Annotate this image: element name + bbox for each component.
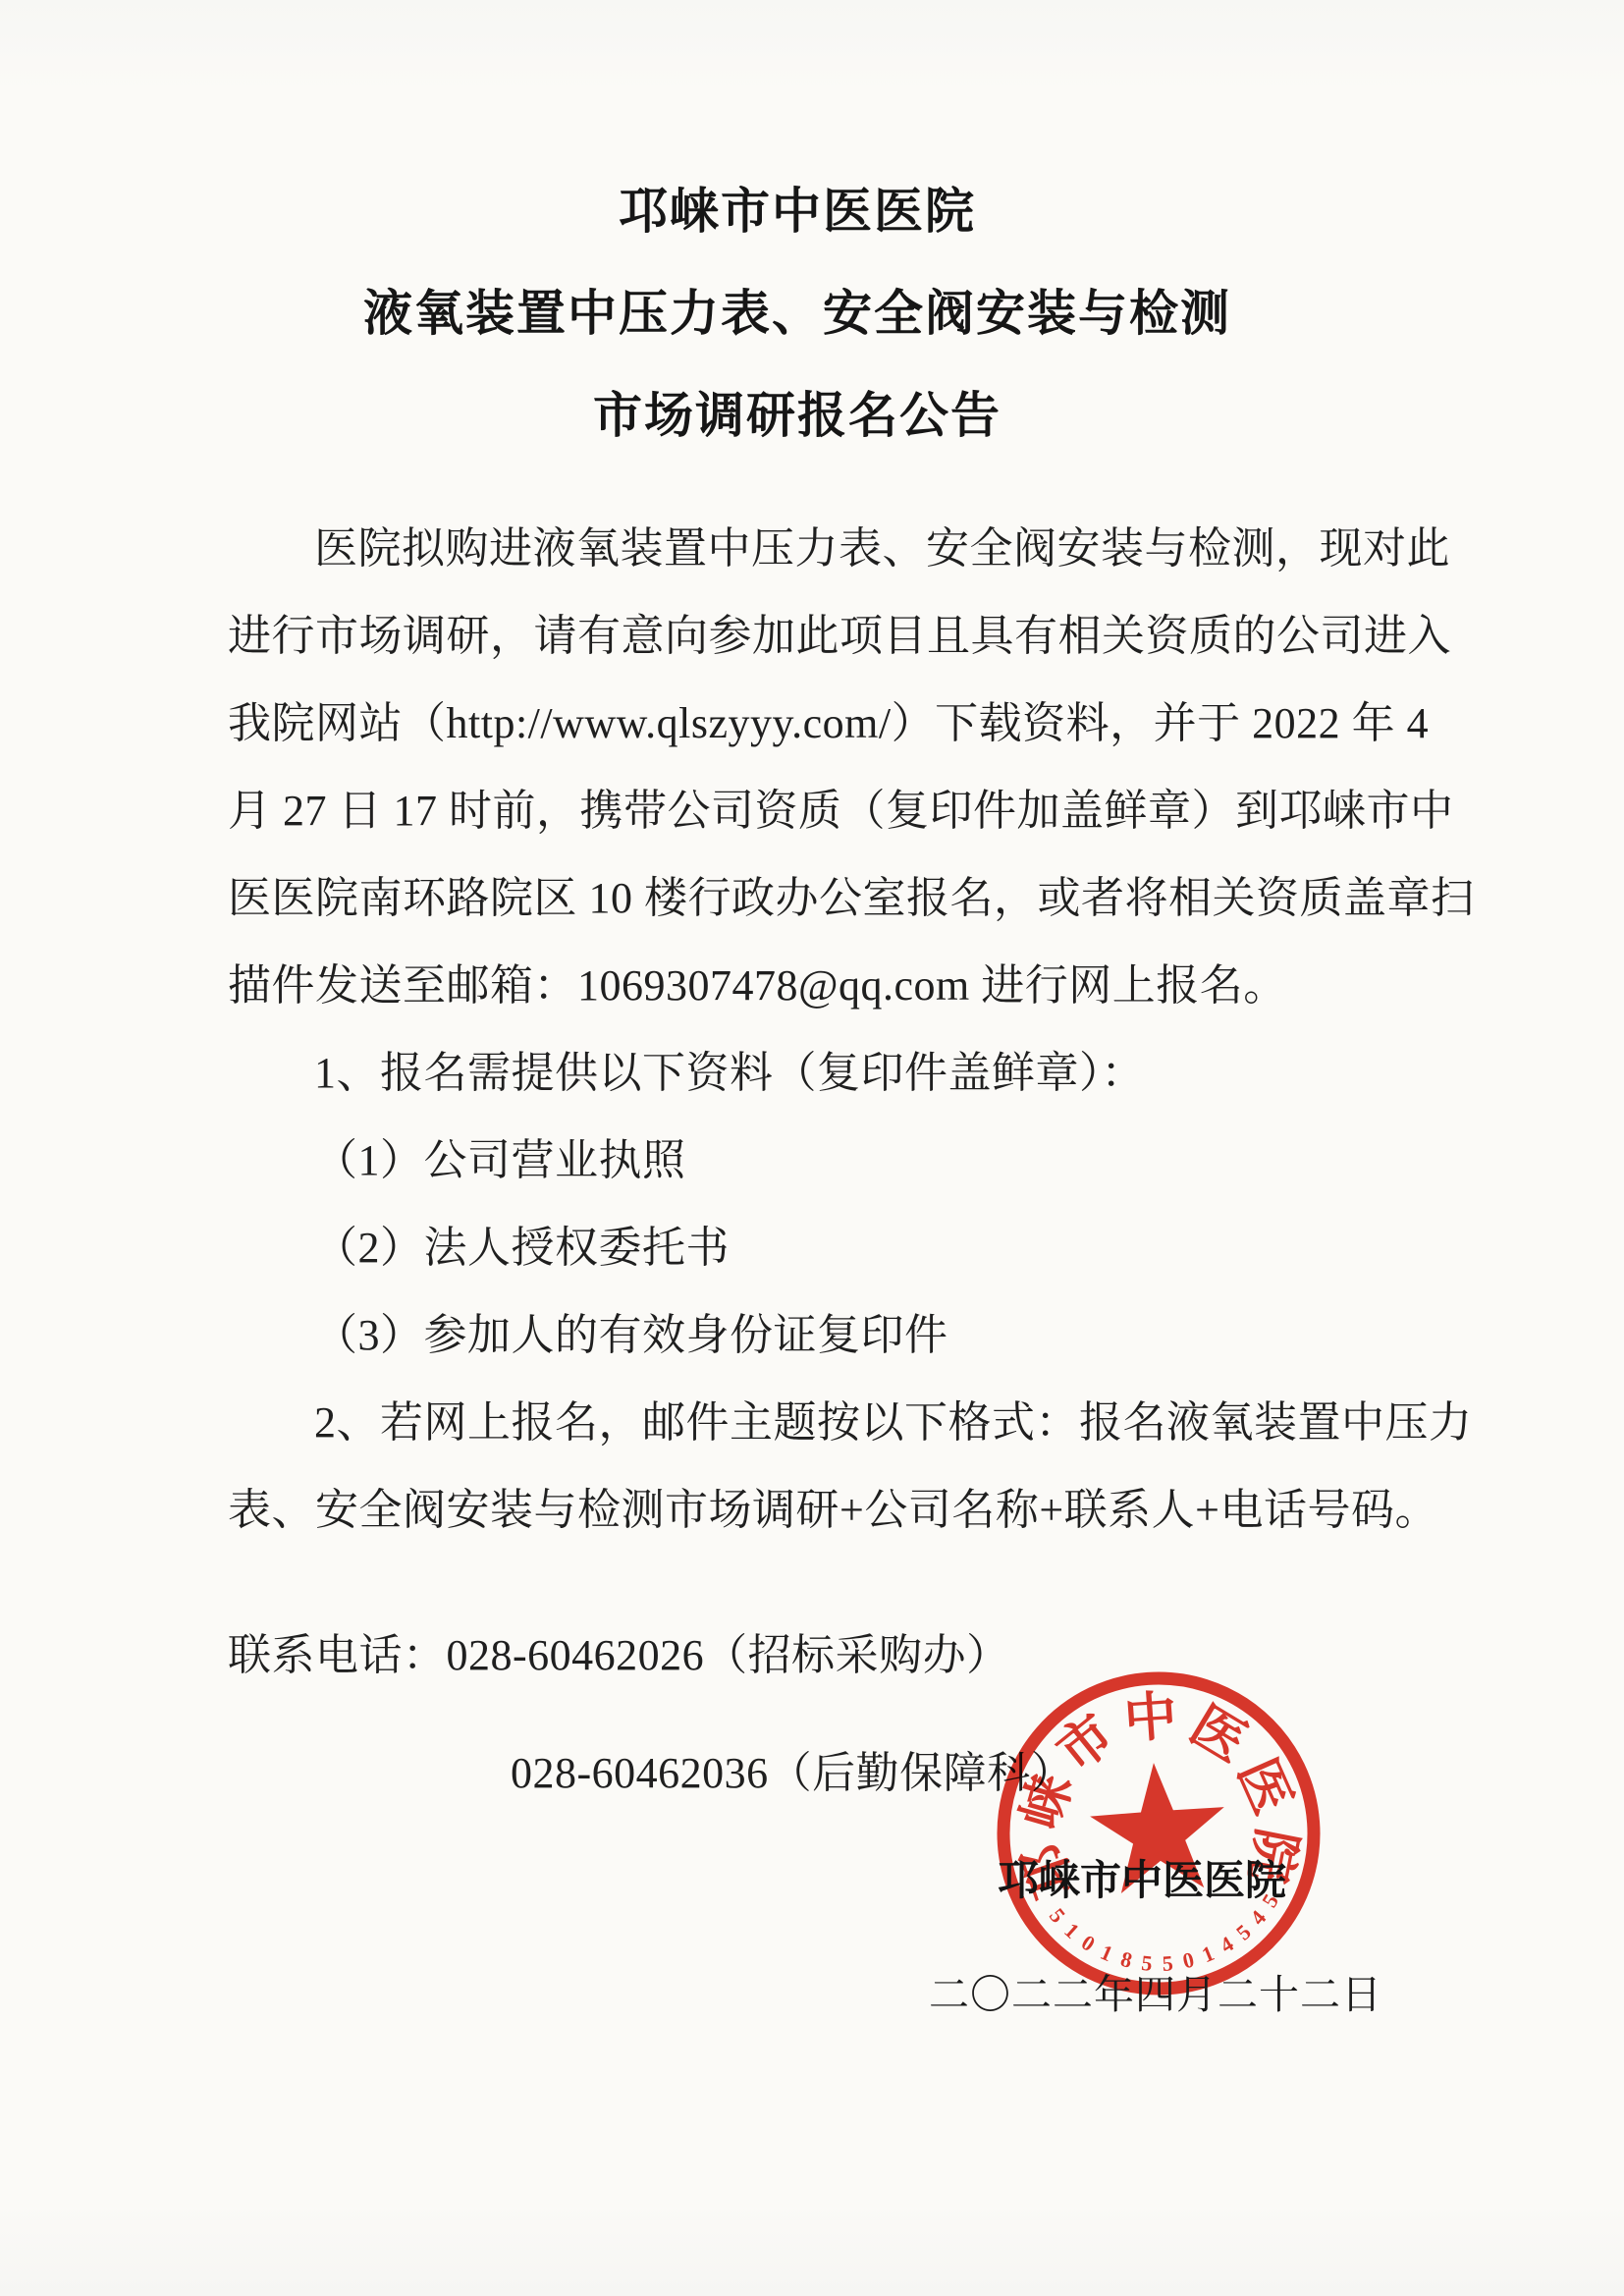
paragraph-line: 医医院南环路院区 10 楼行政办公室报名，或者将相关资质盖章扫	[228, 854, 1371, 942]
seal-serial-digit: 4	[1216, 1931, 1237, 1957]
seal-serial-digit: 0	[1077, 1930, 1100, 1956]
seal-serial-digit: 4	[1245, 1905, 1271, 1930]
seal-arc-char: 中	[1122, 1686, 1179, 1749]
signature-date: 二〇二二年四月二十二日	[929, 1962, 1382, 2020]
list-item-1: 1、报名需提供以下资料（复印件盖鲜章）：	[228, 1029, 1371, 1117]
seal-arc-char: 崃	[1011, 1768, 1083, 1834]
document-body: 医院拟购进液氧装置中压力表、安全阀安装与检测，现对此 进行市场调研，请有意向参加…	[228, 505, 1371, 1832]
signature-hospital-name: 邛崃市中医医院	[998, 1848, 1286, 1907]
paragraph-line: 描件发送至邮箱：1069307478@qq.com 进行网上报名。	[228, 942, 1371, 1029]
paragraph-line: 医院拟购进液氧装置中压力表、安全阀安装与检测，现对此	[228, 505, 1371, 592]
paragraph-line: 我院网站（http://www.qlszyyy.com/）下载资料，并于 202…	[228, 680, 1371, 767]
list-item-2: 2、若网上报名，邮件主题按以下格式：报名液氧装置中压力	[228, 1379, 1371, 1466]
scanned-document-page: 邛崃市中医医院 液氧装置中压力表、安全阀安装与检测 市场调研报名公告 医院拟购进…	[0, 0, 1624, 2296]
document-title-block: 邛崃市中医医院 液氧装置中压力表、安全阀安装与检测 市场调研报名公告	[228, 160, 1367, 466]
paragraph-line: 进行市场调研，请有意向参加此项目且具有相关资质的公司进入	[228, 592, 1371, 680]
list-subitem-3: （3）参加人的有效身份证复印件	[228, 1291, 1371, 1379]
title-line-hospital: 邛崃市中医医院	[228, 160, 1367, 262]
seal-serial-digit: 1	[1059, 1918, 1084, 1943]
list-subitem-1: （1）公司营业执照	[228, 1117, 1371, 1204]
seal-serial-digit: 5	[1231, 1919, 1256, 1944]
list-item-2-continued: 表、安全阀安装与检测市场调研+公司名称+联系人+电话号码。	[228, 1466, 1371, 1554]
title-line-announcement: 市场调研报名公告	[228, 364, 1367, 466]
list-subitem-2: （2）法人授权委托书	[228, 1204, 1371, 1291]
paragraph-line: 月 27 日 17 时前，携带公司资质（复印件加盖鲜章）到邛崃市中	[228, 767, 1371, 854]
title-line-project: 液氧装置中压力表、安全阀安装与检测	[228, 262, 1367, 364]
